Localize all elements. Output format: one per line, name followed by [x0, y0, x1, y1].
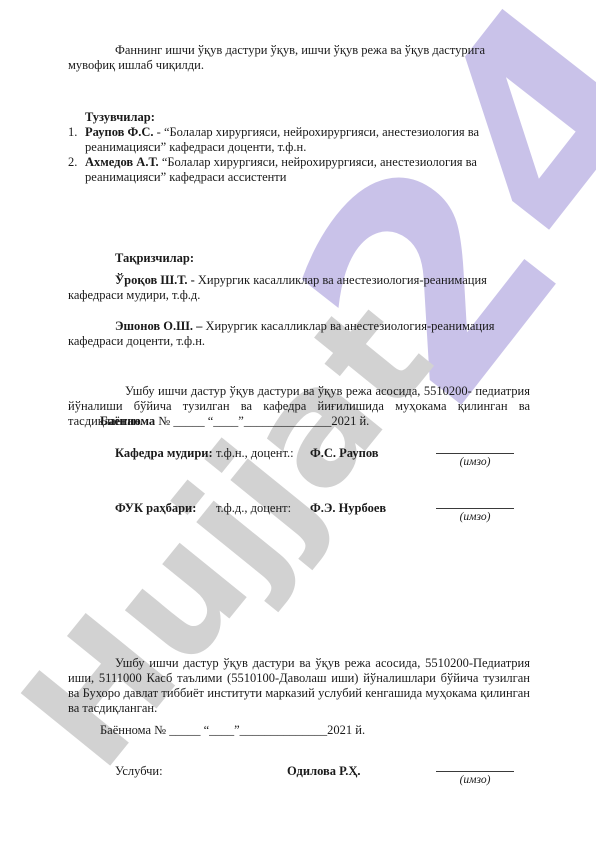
- protocol-label: Баённома: [100, 414, 155, 428]
- signature-caption: (имзо): [436, 772, 514, 788]
- compiler-list-item-2: 2.Ахмедов А.Т. “Болалар хирургияси, нейр…: [68, 155, 547, 185]
- signature-line: [436, 442, 514, 454]
- signature-caption: (имзо): [436, 454, 514, 470]
- signature-area: (имзо): [436, 442, 514, 470]
- compilers-heading: Тузувчилар:: [85, 110, 155, 125]
- intro-paragraph: Фаннинг ишчи ўқув дастури ўқув, ишчи ўқу…: [68, 43, 530, 73]
- compiler-list-item-1: 1.Раупов Ф.С. - “Болалар хирургияси, ней…: [68, 125, 547, 155]
- compiler-name: Ахмедов А.Т.: [85, 155, 159, 169]
- signature-area: (имзо): [436, 760, 514, 788]
- signature-caption: (имзо): [436, 509, 514, 525]
- reviewers-heading: Тақризчилар:: [115, 251, 194, 266]
- signature-line: [436, 760, 514, 772]
- reviewer-paragraph-2: Эшонов О.Ш. – Хирургик касалликлар ва ан…: [68, 319, 530, 349]
- protocol-blanks: № _____ “____”______________2021 й.: [155, 414, 369, 428]
- signature-name: Ф.Э. Нурбоев: [310, 501, 386, 516]
- signature-name: Ф.С. Раупов: [310, 446, 379, 461]
- list-number: 2.: [68, 155, 77, 170]
- reviewer-paragraph-1: Ўроқов Ш.Т. - Хирургик касалликлар ва ан…: [68, 273, 530, 303]
- methodist-name: Одилова Р.Ҳ.: [287, 764, 361, 779]
- reviewer-name: Ўроқов Ш.Т. -: [115, 273, 195, 287]
- signature-line: [436, 497, 514, 509]
- protocol-line-2: Баённома № _____ “____”______________202…: [100, 723, 530, 738]
- signature-row-methodist: Услубчи: Одилова Р.Ҳ. (имзо): [68, 764, 530, 804]
- document-page: 24 Hujjat Фаннинг ишчи ўқув дастури ўқув…: [0, 0, 596, 842]
- methodist-role: Услубчи:: [115, 764, 163, 779]
- signature-degree: т.ф.н., доцент.:: [216, 446, 294, 461]
- compiler-name: Раупов Ф.С.: [85, 125, 154, 139]
- document-content: Фаннинг ишчи ўқув дастури ўқув, ишчи ўқу…: [0, 0, 596, 842]
- signature-degree: т.ф.д., доцент:: [216, 501, 291, 516]
- signature-area: (имзо): [436, 497, 514, 525]
- signature-row-fuk-rahbari: ФУК раҳбари: т.ф.д., доцент: Ф.Э. Нурбое…: [68, 501, 530, 541]
- signature-role: ФУК раҳбари:: [115, 501, 196, 516]
- reviewer-name: Эшонов О.Ш. –: [115, 319, 202, 333]
- list-number: 1.: [68, 125, 77, 140]
- signature-row-kafedra-mudiri: Кафедра мудири: т.ф.н., доцент.: Ф.С. Ра…: [68, 446, 530, 486]
- signature-role: Кафедра мудири:: [115, 446, 213, 461]
- institute-approval-paragraph: Ушбу ишчи дастур ўқув дастури ва ўқув ре…: [68, 656, 530, 716]
- protocol-line-1: Баённома № _____ “____”______________202…: [100, 414, 530, 429]
